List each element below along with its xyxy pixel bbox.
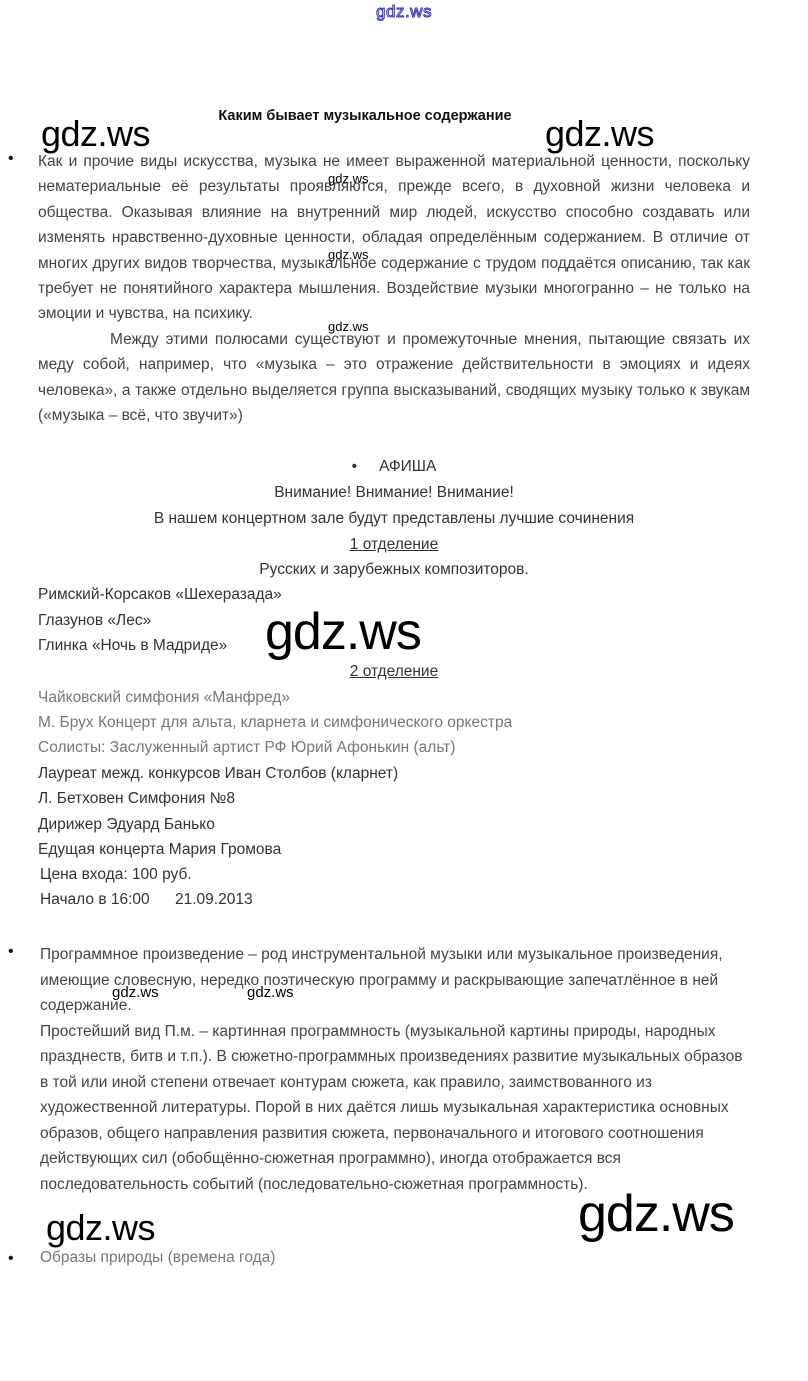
watermark: gdz.ws (328, 248, 368, 261)
afisha-heading-text: АФИША (379, 458, 436, 475)
start-time: Начало в 16:00 (40, 891, 150, 909)
bullet-icon: • (8, 943, 14, 961)
list-item: Солисты: Заслуженный артист РФ Юрий Афон… (38, 739, 455, 757)
section-intro: Как и прочие виды искусства, музыка не и… (38, 149, 750, 428)
programme-section: Программное произведение – род инструмен… (40, 942, 750, 1197)
watermark: gdz.ws (46, 1210, 155, 1246)
watermark: gdz.ws (247, 985, 294, 1000)
watermark: gdz.ws (112, 985, 159, 1000)
afisha-intro: В нашем концертном зале будут представле… (0, 510, 788, 528)
bullet-icon: • (352, 458, 357, 475)
part1-label-text: 1 отделение (350, 536, 438, 553)
list-item: Глазунов «Лес» (38, 612, 151, 630)
top-watermark: gdz.ws (0, 2, 808, 22)
list-item: М. Брух Концерт для альта, кларнета и си… (38, 714, 512, 732)
list-item: Дирижер Эдуард Банько (38, 816, 215, 834)
watermark: gdz.ws (265, 606, 421, 658)
part1-label: 1 отделение (0, 536, 788, 554)
bullet-icon: • (8, 150, 14, 168)
watermark: gdz.ws (41, 116, 150, 152)
watermark: gdz.ws (328, 172, 368, 185)
watermark: gdz.ws (545, 116, 654, 152)
paragraph: Между этими полюсами существуют и промеж… (38, 327, 750, 429)
afisha-attention: Внимание! Внимание! Внимание! (0, 484, 788, 502)
date: 21.09.2013 (175, 891, 253, 909)
paragraph: Простейший вид П.м. – картинная программ… (40, 1019, 750, 1198)
list-item: Глинка «Ночь в Мадриде» (38, 637, 227, 655)
price: Цена входа: 100 руб. (40, 866, 192, 884)
afisha-heading: •АФИША (0, 458, 788, 476)
list-item: Едущая концерта Мария Громова (38, 841, 281, 859)
paragraph: Программное произведение – род инструмен… (40, 942, 750, 1019)
watermark: gdz.ws (328, 320, 368, 333)
bullet-icon: • (8, 1250, 14, 1268)
list-item: Л. Бетховен Симфония №8 (38, 790, 235, 808)
list-item: Лауреат межд. конкурсов Иван Столбов (кл… (38, 765, 398, 783)
list-item: Чайковский симфония «Манфред» (38, 689, 290, 707)
watermark: gdz.ws (578, 1188, 734, 1240)
list-item: Римский-Корсаков «Шехеразада» (38, 586, 282, 604)
last-bullet-item: Образы природы (времена года) (40, 1249, 275, 1267)
part2-label: 2 отделение (0, 663, 788, 681)
part2-label-text: 2 отделение (350, 663, 438, 680)
paragraph: Как и прочие виды искусства, музыка не и… (38, 149, 750, 327)
part1-subtitle: Русских и зарубежных композиторов. (0, 561, 788, 579)
